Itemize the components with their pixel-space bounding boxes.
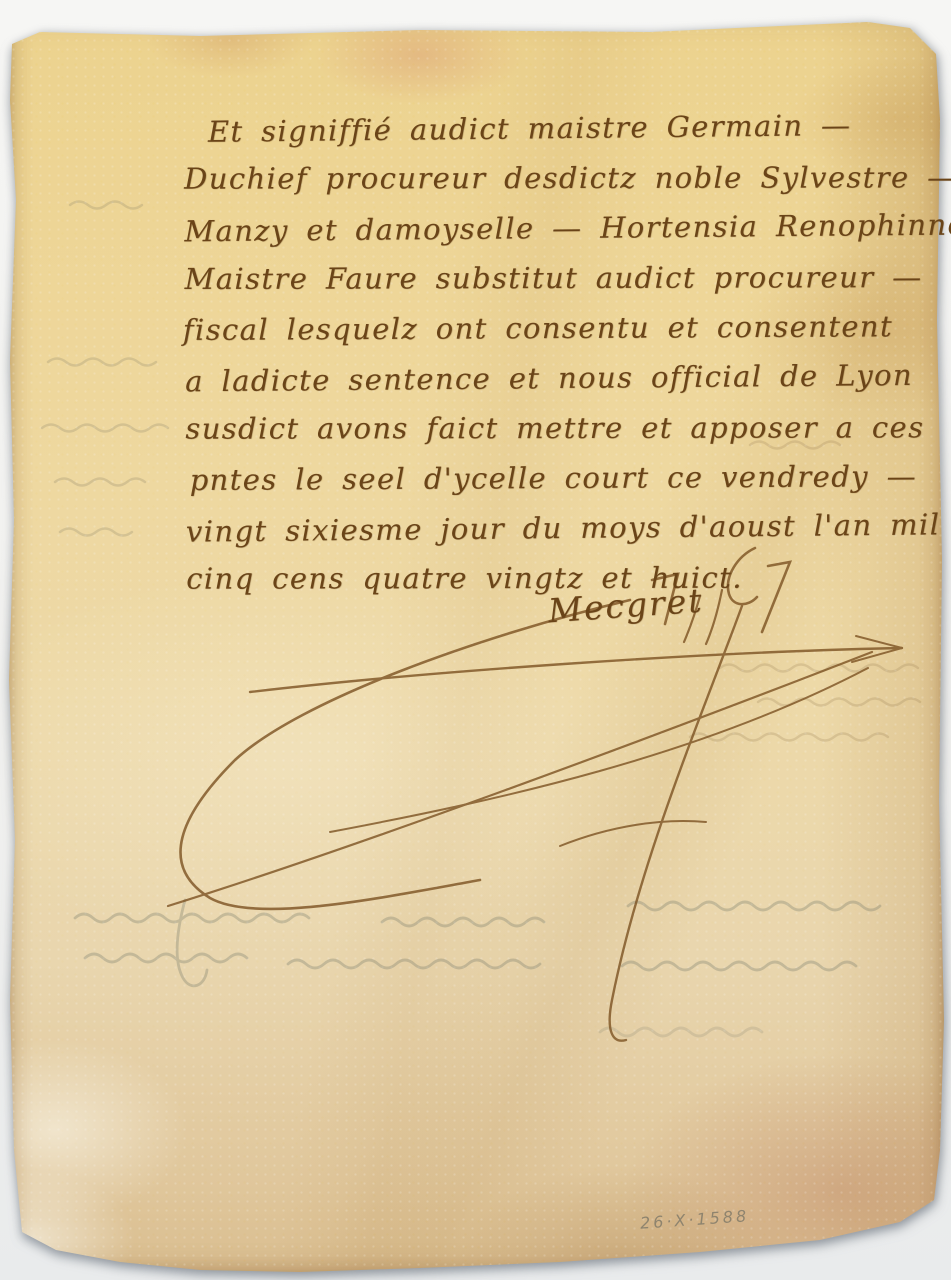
manuscript-line: Manzy et damoyselle — Hortensia Renophin… bbox=[184, 200, 944, 257]
manuscript-line: susdict avons faict mettre et apposer a … bbox=[185, 402, 945, 453]
manuscript-line: pntes le seel d'ycelle court ce vendredy… bbox=[190, 451, 946, 505]
manuscript-line: fiscal lesquelz ont consentu et consente… bbox=[183, 301, 945, 355]
manuscript-line: Et signiffié audict maistre Germain — bbox=[208, 99, 944, 157]
manuscript-line: Maistre Faure substitut audict procureur… bbox=[185, 252, 945, 304]
scanner-background: Et signiffié audict maistre Germain —Duc… bbox=[0, 0, 951, 1280]
manuscript-text-block: Et signiffié audict maistre Germain —Duc… bbox=[184, 101, 947, 605]
manuscript-line: Duchief procureur desdictz noble Sylvest… bbox=[184, 152, 944, 203]
manuscript-line: a ladicte sentence et nous official de L… bbox=[185, 350, 945, 407]
manuscript-line: vingt sixiesme jour du moys d'aoust l'an… bbox=[186, 499, 946, 556]
